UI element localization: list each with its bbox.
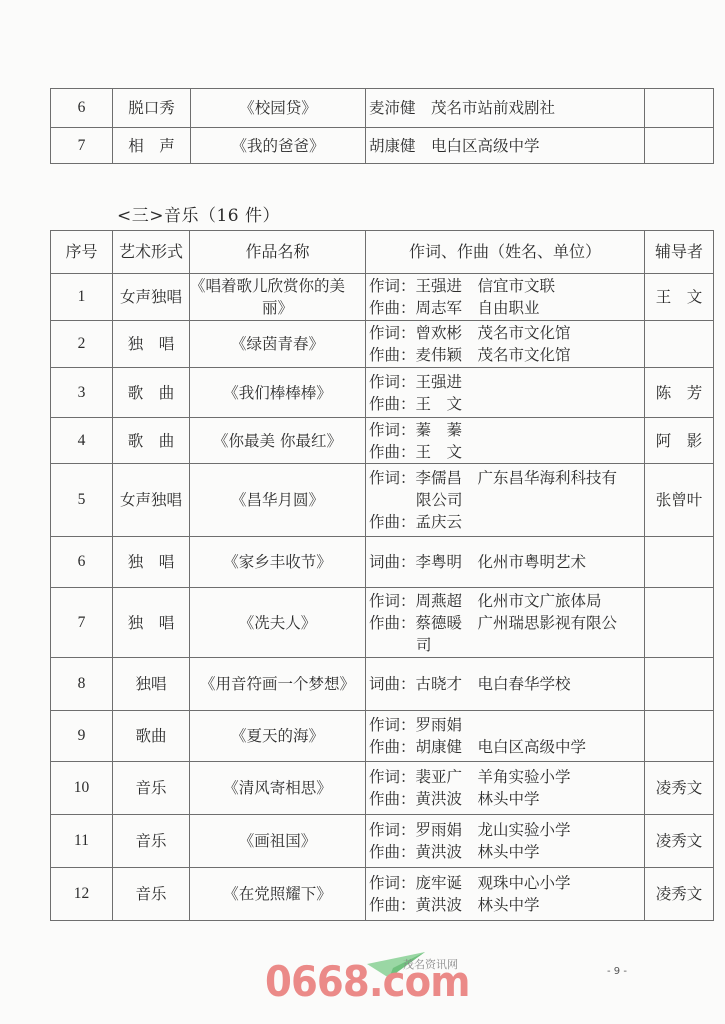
lyrics-music-line: 词曲：古晓才 电白春华学校	[369, 673, 644, 695]
credit: 作词：周燕超 化州市文广旅体局 作曲：蔡德暖 广州瑞思影视有限公 司	[366, 588, 645, 658]
composer-line: 作曲：麦伟颖 茂名市文化馆	[369, 344, 644, 366]
row-number: 2	[51, 321, 113, 368]
art-form: 歌曲	[113, 711, 190, 762]
row-number: 6	[51, 537, 113, 588]
work-title: 《我们棒棒棒》	[190, 368, 366, 418]
row-number: 3	[51, 368, 113, 418]
row-number: 7	[51, 588, 113, 658]
work-title-line: 《唱着歌儿欣赏你的美	[190, 275, 365, 297]
credit: 作词：王强进 作曲：王 文	[366, 368, 645, 418]
lyricist-line: 作词：王强进 信宜市文联	[369, 275, 644, 297]
credit: 词曲：古晓才 电白春华学校	[366, 658, 645, 711]
table-row: 2 独 唱 《绿茵青春》 作词：曾欢彬 茂名市文化馆 作曲：麦伟颖 茂名市文化馆	[51, 321, 714, 368]
work-title: 《昌华月圆》	[190, 464, 366, 537]
credit: 作词：罗雨娟 作曲：胡康健 电白区高级中学	[366, 711, 645, 762]
art-form: 独 唱	[113, 588, 190, 658]
work-title: 《我的爸爸》	[191, 128, 366, 164]
lyricist-line: 作词：罗雨娟	[369, 714, 644, 736]
work-title: 《冼夫人》	[190, 588, 366, 658]
tutor	[645, 537, 714, 588]
table-header-row: 序号 艺术形式 作品名称 作词、作曲（姓名、单位） 辅导者	[51, 231, 714, 274]
table-row: 4 歌 曲 《你最美 你最红》 作词：蓁 蓁 作曲：王 文 阿 影	[51, 418, 714, 464]
tutor: 阿 影	[645, 418, 714, 464]
table-row: 6 脱口秀 《校园贷》 麦沛健 茂名市站前戏剧社	[51, 89, 714, 128]
lyricist-line-cont: 限公司	[369, 489, 644, 511]
work-title: 《用音符画一个梦想》	[190, 658, 366, 711]
lyricist-line: 作词：庞牢诞 观珠中心小学	[369, 872, 644, 894]
art-form: 音乐	[113, 762, 190, 815]
header-credit: 作词、作曲（姓名、单位）	[366, 231, 645, 274]
tutor	[645, 711, 714, 762]
work-title: 《唱着歌儿欣赏你的美 丽》	[190, 274, 366, 321]
lyricist-line: 作词：曾欢彬 茂名市文化馆	[369, 322, 644, 344]
credit: 作词：罗雨娟 龙山实验小学 作曲：黄洪波 林头中学	[366, 815, 645, 868]
header-number: 序号	[51, 231, 113, 274]
row-number: 11	[51, 815, 113, 868]
work-title: 《绿茵青春》	[190, 321, 366, 368]
art-form: 独唱	[113, 658, 190, 711]
watermark-logo: 0668.com 茂名资讯网	[265, 956, 465, 1006]
composer-line: 作曲：黄洪波 林头中学	[369, 788, 644, 810]
header-title: 作品名称	[190, 231, 366, 274]
art-form: 音乐	[113, 815, 190, 868]
music-table: 序号 艺术形式 作品名称 作词、作曲（姓名、单位） 辅导者 1 女声独唱 《唱着…	[50, 230, 714, 921]
row-number: 9	[51, 711, 113, 762]
row-number: 4	[51, 418, 113, 464]
work-title: 《清风寄相思》	[190, 762, 366, 815]
credit: 词曲：李粤明 化州市粤明艺术	[366, 537, 645, 588]
lyricist-line: 作词：周燕超 化州市文广旅体局	[369, 590, 644, 612]
art-form: 独 唱	[113, 537, 190, 588]
tutor: 陈 芳	[645, 368, 714, 418]
table-row: 9 歌曲 《夏天的海》 作词：罗雨娟 作曲：胡康健 电白区高级中学	[51, 711, 714, 762]
work-title: 《画祖国》	[190, 815, 366, 868]
tutor: 凌秀文	[645, 762, 714, 815]
lyricist-line: 作词：裴亚广 羊角实验小学	[369, 766, 644, 788]
row-number: 12	[51, 868, 113, 921]
work-title: 《在党照耀下》	[190, 868, 366, 921]
row-number: 8	[51, 658, 113, 711]
row-number: 5	[51, 464, 113, 537]
composer-line-cont: 司	[369, 634, 644, 656]
credit: 作词：曾欢彬 茂名市文化馆 作曲：麦伟颖 茂名市文化馆	[366, 321, 645, 368]
table-row: 11 音乐 《画祖国》 作词：罗雨娟 龙山实验小学 作曲：黄洪波 林头中学 凌秀…	[51, 815, 714, 868]
table-row: 7 相 声 《我的爸爸》 胡康健 电白区高级中学	[51, 128, 714, 164]
credit: 作词：庞牢诞 观珠中心小学 作曲：黄洪波 林头中学	[366, 868, 645, 921]
tutor	[645, 588, 714, 658]
credit: 麦沛健 茂名市站前戏剧社	[366, 89, 645, 128]
section-heading-music: <三>音乐（16 件）	[117, 201, 280, 226]
header-art-form: 艺术形式	[113, 231, 190, 274]
art-form: 歌 曲	[113, 368, 190, 418]
credit: 作词：王强进 信宜市文联 作曲：周志军 自由职业	[366, 274, 645, 321]
composer-line: 作曲：王 文	[369, 441, 644, 463]
work-title: 《家乡丰收节》	[190, 537, 366, 588]
table-row: 6 独 唱 《家乡丰收节》 词曲：李粤明 化州市粤明艺术	[51, 537, 714, 588]
watermark-site-name: 茂名资讯网	[403, 956, 458, 972]
lyricist-line: 作词：李儒昌 广东昌华海利科技有	[369, 467, 644, 489]
table-row: 8 独唱 《用音符画一个梦想》 词曲：古晓才 电白春华学校	[51, 658, 714, 711]
credit: 作词：裴亚广 羊角实验小学 作曲：黄洪波 林头中学	[366, 762, 645, 815]
table-row: 7 独 唱 《冼夫人》 作词：周燕超 化州市文广旅体局 作曲：蔡德暖 广州瑞思影…	[51, 588, 714, 658]
table-row: 5 女声独唱 《昌华月圆》 作词：李儒昌 广东昌华海利科技有 限公司 作曲：孟庆…	[51, 464, 714, 537]
tutor	[645, 321, 714, 368]
art-form: 相 声	[113, 128, 191, 164]
composer-line: 作曲：黄洪波 林头中学	[369, 894, 644, 916]
work-title: 《你最美 你最红》	[190, 418, 366, 464]
row-number: 10	[51, 762, 113, 815]
tutor	[645, 89, 714, 128]
composer-line: 作曲：王 文	[369, 393, 644, 415]
work-title-line: 丽》	[190, 297, 365, 319]
tutor: 凌秀文	[645, 868, 714, 921]
composer-line: 作曲：胡康健 电白区高级中学	[369, 736, 644, 758]
lyricist-line: 作词：王强进	[369, 371, 644, 393]
header-tutor: 辅导者	[645, 231, 714, 274]
row-number: 6	[51, 89, 113, 128]
tutor	[645, 658, 714, 711]
credit: 作词：李儒昌 广东昌华海利科技有 限公司 作曲：孟庆云	[366, 464, 645, 537]
work-title: 《夏天的海》	[190, 711, 366, 762]
art-form: 脱口秀	[113, 89, 191, 128]
composer-line: 作曲：蔡德暖 广州瑞思影视有限公	[369, 612, 644, 634]
row-number: 1	[51, 274, 113, 321]
composer-line: 作曲：周志军 自由职业	[369, 297, 644, 319]
page-number: - 9 -	[607, 966, 627, 977]
art-form: 音乐	[113, 868, 190, 921]
tutor: 王 文	[645, 274, 714, 321]
lyrics-music-line: 词曲：李粤明 化州市粤明艺术	[369, 551, 644, 573]
tutor: 凌秀文	[645, 815, 714, 868]
tutor	[645, 128, 714, 164]
lyricist-line: 作词：蓁 蓁	[369, 419, 644, 441]
work-title: 《校园贷》	[191, 89, 366, 128]
prev-section-table: 6 脱口秀 《校园贷》 麦沛健 茂名市站前戏剧社 7 相 声 《我的爸爸》 胡康…	[50, 88, 714, 164]
art-form: 独 唱	[113, 321, 190, 368]
credit: 胡康健 电白区高级中学	[366, 128, 645, 164]
table-row: 12 音乐 《在党照耀下》 作词：庞牢诞 观珠中心小学 作曲：黄洪波 林头中学 …	[51, 868, 714, 921]
row-number: 7	[51, 128, 113, 164]
tutor: 张曾叶	[645, 464, 714, 537]
lyricist-line: 作词：罗雨娟 龙山实验小学	[369, 819, 644, 841]
composer-line: 作曲：黄洪波 林头中学	[369, 841, 644, 863]
art-form: 女声独唱	[113, 274, 190, 321]
composer-line: 作曲：孟庆云	[369, 511, 644, 533]
art-form: 歌 曲	[113, 418, 190, 464]
table-row: 1 女声独唱 《唱着歌儿欣赏你的美 丽》 作词：王强进 信宜市文联 作曲：周志军…	[51, 274, 714, 321]
art-form: 女声独唱	[113, 464, 190, 537]
table-row: 3 歌 曲 《我们棒棒棒》 作词：王强进 作曲：王 文 陈 芳	[51, 368, 714, 418]
credit: 作词：蓁 蓁 作曲：王 文	[366, 418, 645, 464]
table-row: 10 音乐 《清风寄相思》 作词：裴亚广 羊角实验小学 作曲：黄洪波 林头中学 …	[51, 762, 714, 815]
